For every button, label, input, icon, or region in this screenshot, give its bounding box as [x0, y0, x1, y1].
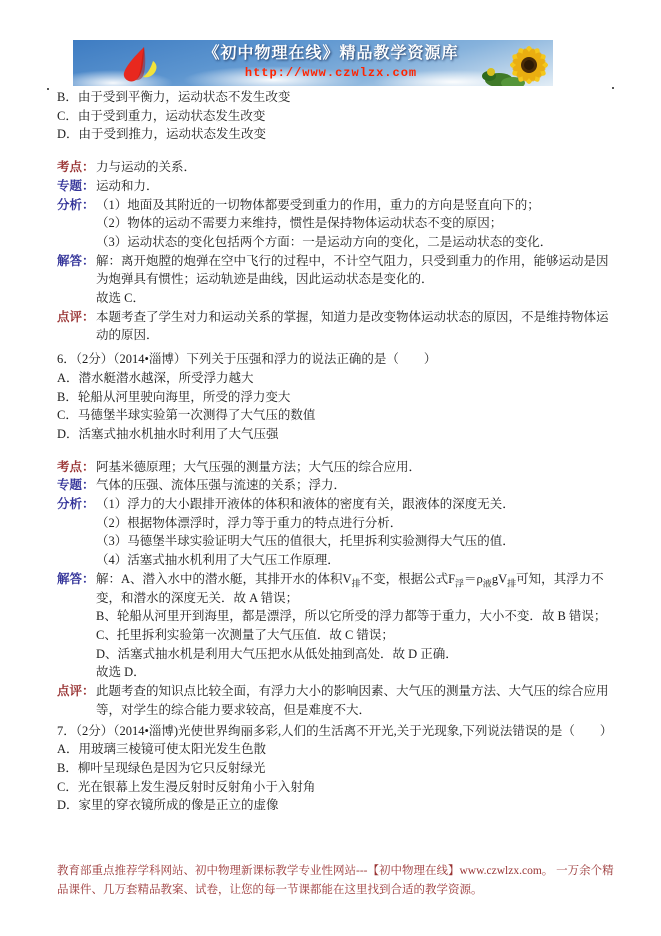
option-b: B．轮船从河里驶向海里，所受的浮力变大 — [57, 388, 617, 407]
document-content: B．由于受到平衡力，运动状态不发生改变 C．由于受到重力，运动状态发生改变 D．… — [57, 88, 617, 829]
fenxi-label: 分析： — [57, 495, 96, 514]
jieda-text: 解：A、潜入水中的潜水艇，其排开水的体积V排不变，根据公式F浮＝ρ液gV排可知，… — [96, 570, 617, 682]
jieda-row: 解答： 解：离开炮膛的炮弹在空中飞行的过程中，不计空气阻力，只受到重力的作用，能… — [57, 252, 617, 308]
option-d: D．活塞式抽水机抽水时利用了大气压强 — [57, 425, 617, 444]
banner-url: http://www.czwlzx.com — [201, 64, 461, 82]
option-b: B．由于受到平衡力，运动状态不发生改变 — [57, 88, 617, 107]
zhuanti-label: 专题： — [57, 476, 96, 495]
sunflower-icon — [477, 44, 553, 86]
dianping-text: 本题考查了学生对力和运动关系的掌握，知道力是改变物体运动状态的原因，不是维持物体… — [96, 308, 617, 345]
dianping-text: 此题考查的知识点比较全面，有浮力大小的影响因素、大气压的测量方法、大气压的综合应… — [96, 682, 617, 719]
banner-title: 《初中物理在线》精品教学资源库 — [201, 43, 461, 64]
dianping-row: 点评： 此题考查的知识点比较全面，有浮力大小的影响因素、大气压的测量方法、大气压… — [57, 682, 617, 719]
formula-segment: gV — [492, 572, 507, 586]
answer-line: D、活塞式抽水机是利用大气压把水从低处抽到高处．故 D 正确． — [96, 645, 617, 664]
dianping-label: 点评： — [57, 682, 96, 701]
subscript: 排 — [352, 578, 361, 588]
jieda-label: 解答： — [57, 570, 96, 589]
analysis-line: （3）马德堡半球实验证明大气压的值很大，托里拆利实验测得大气压的值． — [96, 532, 617, 551]
answer-choice: 故选 D． — [96, 663, 617, 682]
zhuanti-row: 专题： 运动和力． — [57, 177, 617, 196]
answer-choice: 故选 C． — [96, 289, 617, 308]
kaodian-text: 阿基米德原理；大气压强的测量方法；大气压的综合应用． — [96, 458, 617, 477]
zhuanti-row: 专题： 气体的压强、流体压强与流速的关系；浮力． — [57, 476, 617, 495]
jieda-text: 解：离开炮膛的炮弹在空中飞行的过程中，不计空气阻力，只受到重力的作用，能够运动是… — [96, 252, 617, 308]
analysis-line: （4）活塞式抽水机利用了大气压工作原理． — [96, 551, 617, 570]
jieda-row: 解答： 解：A、潜入水中的潜水艇，其排开水的体积V排不变，根据公式F浮＝ρ液gV… — [57, 570, 617, 682]
fenxi-label: 分析： — [57, 196, 96, 215]
fenxi-text: （1）地面及其附近的一切物体都要受到重力的作用，重力的方向是竖直向下的； （2）… — [96, 196, 617, 252]
answer-paragraph: 解：离开炮膛的炮弹在空中飞行的过程中，不计空气阻力，只受到重力的作用，能够运动是… — [96, 252, 617, 289]
kaodian-label: 考点： — [57, 458, 96, 477]
dianping-row: 点评： 本题考查了学生对力和运动关系的掌握，知道力是改变物体运动状态的原因，不是… — [57, 308, 617, 345]
anchor-dot — [47, 88, 49, 90]
formula-segment: 不变，根据公式F — [361, 572, 455, 586]
site-logo-icon — [117, 46, 163, 84]
kaodian-label: 考点： — [57, 158, 96, 177]
analysis-line: （1）地面及其附近的一切物体都要受到重力的作用，重力的方向是竖直向下的； — [96, 196, 617, 215]
dianping-label: 点评： — [57, 308, 96, 327]
question6: 6．（2分）（2014•淄博）下列关于压强和浮力的说法正确的是（ ） A．潜水艇… — [57, 350, 617, 444]
subscript: 排 — [507, 578, 516, 588]
kaodian-row: 考点： 力与运动的关系． — [57, 158, 617, 177]
option-b: B．柳叶呈现绿色是因为它只反射绿光 — [57, 759, 617, 778]
analysis-line: （2）根据物体漂浮时，浮力等于重力的特点进行分析． — [96, 514, 617, 533]
option-d: D．家里的穿衣镜所成的像是正立的虚像 — [57, 796, 617, 815]
site-footer: 教育部重点推荐学科网站、初中物理新课标教学专业性网站---【初中物理在线】www… — [57, 862, 619, 899]
answer-line: C、托里拆利实验第一次测量了大气压值．故 C 错误； — [96, 626, 617, 645]
question7: 7．（2分）（2014•淄博)光使世界绚丽多彩,人们的生活离不开光,关于光现象,… — [57, 722, 617, 816]
jieda-label: 解答： — [57, 252, 96, 271]
question6-title: 6．（2分）（2014•淄博）下列关于压强和浮力的说法正确的是（ ） — [57, 350, 617, 369]
option-c: C．光在银幕上发生漫反射时反射角小于入射角 — [57, 778, 617, 797]
option-a: A．用玻璃三棱镜可使太阳光发生色散 — [57, 740, 617, 759]
analysis-line: （2）物体的运动不需要力来维持，惯性是保持物体运动状态不变的原因； — [96, 214, 617, 233]
document-page: 《初中物理在线》精品教学资源库 http://www.czwlzx.com — [0, 0, 661, 936]
option-a: A．潜水艇潜水越深，所受浮力越大 — [57, 369, 617, 388]
option-c: C．由于受到重力，运动状态发生改变 — [57, 107, 617, 126]
site-banner: 《初中物理在线》精品教学资源库 http://www.czwlzx.com — [73, 40, 553, 86]
question7-title: 7．（2分）（2014•淄博)光使世界绚丽多彩,人们的生活离不开光,关于光现象,… — [57, 722, 617, 741]
question5-options: B．由于受到平衡力，运动状态不发生改变 C．由于受到重力，运动状态发生改变 D．… — [57, 88, 617, 144]
analysis-line: （3）运动状态的变化包括两个方面：一是运动方向的变化，二是运动状态的变化． — [96, 233, 617, 252]
answer-line: B、轮船从河里开到海里，都是漂浮，所以它所受的浮力都等于重力，大小不变．故 B … — [96, 607, 617, 626]
zhuanti-text: 气体的压强、流体压强与流速的关系；浮力． — [96, 476, 617, 495]
fenxi-row: 分析： （1）地面及其附近的一切物体都要受到重力的作用，重力的方向是竖直向下的；… — [57, 196, 617, 252]
analysis-line: （1）浮力的大小跟排开液体的体积和液体的密度有关，跟液体的深度无关． — [96, 495, 617, 514]
fenxi-row: 分析： （1）浮力的大小跟排开液体的体积和液体的密度有关，跟液体的深度无关． （… — [57, 495, 617, 570]
subscript: 浮 — [455, 578, 464, 588]
formula-segment: ＝ρ — [464, 572, 483, 586]
option-d: D．由于受到推力，运动状态发生改变 — [57, 125, 617, 144]
kaodian-text: 力与运动的关系． — [96, 158, 617, 177]
fenxi-text: （1）浮力的大小跟排开液体的体积和液体的密度有关，跟液体的深度无关． （2）根据… — [96, 495, 617, 570]
kaodian-row: 考点： 阿基米德原理；大气压强的测量方法；大气压的综合应用． — [57, 458, 617, 477]
answer-formula-line: 解：A、潜入水中的潜水艇，其排开水的体积V排不变，根据公式F浮＝ρ液gV排可知，… — [96, 570, 617, 607]
question6-explanation: 考点： 阿基米德原理；大气压强的测量方法；大气压的综合应用． 专题： 气体的压强… — [57, 458, 617, 720]
zhuanti-label: 专题： — [57, 177, 96, 196]
banner-text-block: 《初中物理在线》精品教学资源库 http://www.czwlzx.com — [201, 43, 461, 82]
formula-segment: 解：A、潜入水中的潜水艇，其排开水的体积V — [96, 572, 352, 586]
zhuanti-text: 运动和力． — [96, 177, 617, 196]
subscript: 液 — [483, 578, 492, 588]
question5-explanation: 考点： 力与运动的关系． 专题： 运动和力． 分析： （1）地面及其附近的一切物… — [57, 158, 617, 345]
option-c: C．马德堡半球实验第一次测得了大气压的数值 — [57, 406, 617, 425]
